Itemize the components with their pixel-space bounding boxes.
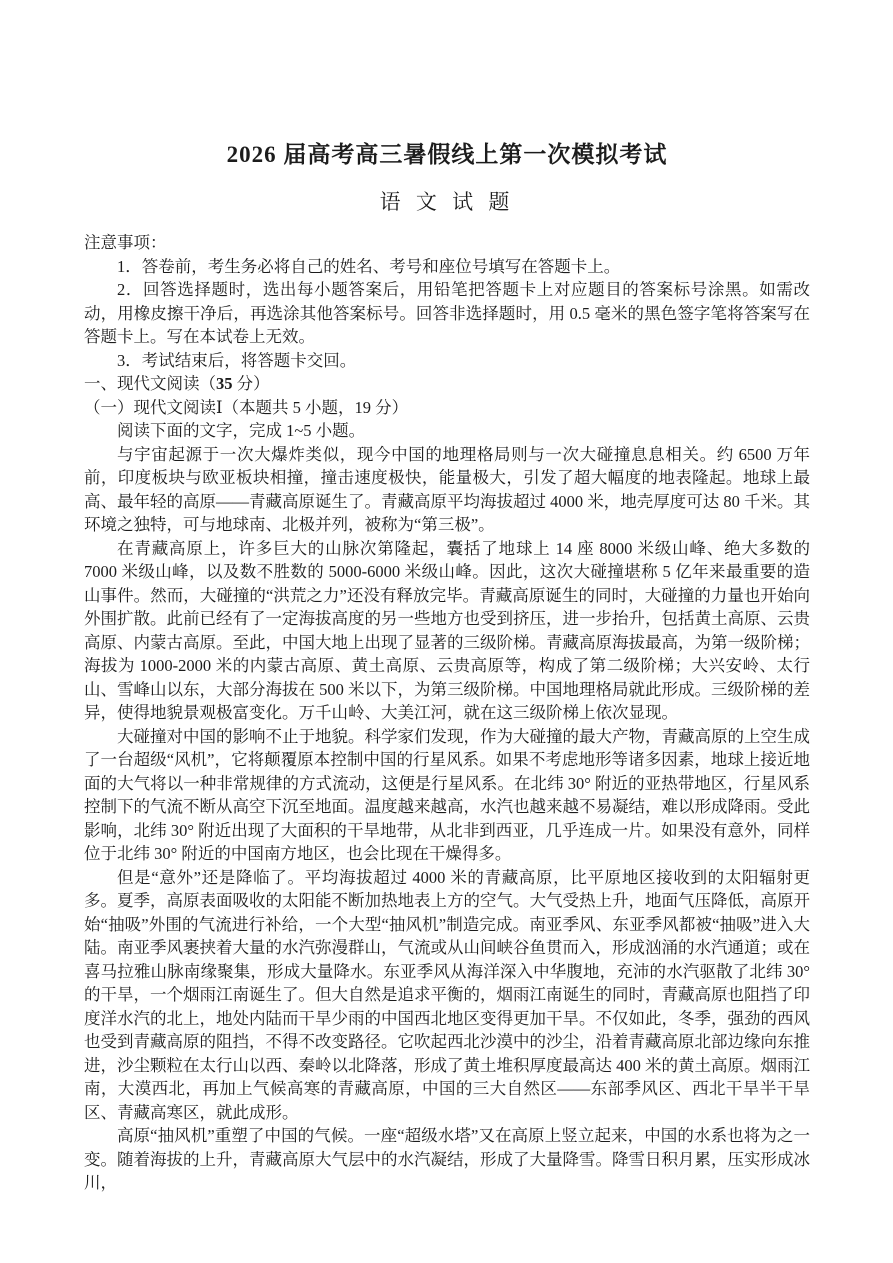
document-page: 2026 届高考高三暑假线上第一次模拟考试 语 文 试 题 注意事项： 1．答卷… (0, 0, 893, 1263)
section-heading-suffix: 分） (233, 374, 270, 393)
reading-section: 一、现代文阅读（35 分） （一）现代文阅读Ⅰ（本题共 5 小题，19 分） 阅… (84, 372, 810, 1195)
subsection-heading: （一）现代文阅读Ⅰ（本题共 5 小题，19 分） (84, 396, 810, 420)
passage-paragraph: 在青藏高原上，许多巨大的山脉次第隆起，囊括了地球上 14 座 8000 米级山峰… (84, 537, 810, 725)
page-subtitle: 语 文 试 题 (84, 189, 810, 215)
passage-paragraph: 大碰撞对中国的影响不止于地貌。科学家们发现，作为大碰撞的最大产物，青藏高原的上空… (84, 725, 810, 866)
reading-passage: 与宇宙起源于一次大爆炸类似，现今中国的地理格局则与一次大碰撞息息相关。约 650… (84, 443, 810, 1195)
notice-item: 2．回答选择题时，选出每小题答案后，用铅笔把答题卡上对应题目的答案标号涂黑。如需… (84, 278, 810, 349)
notice-item: 3．考试结束后，将答题卡交回。 (84, 349, 810, 373)
passage-paragraph: 高原“抽风机”重塑了中国的气候。一座“超级水塔”又在高原上竖立起来，中国的水系也… (84, 1124, 810, 1195)
section-score: 35 (216, 374, 233, 393)
section-heading-prefix: 一、现代文阅读（ (84, 374, 216, 393)
page-title: 2026 届高考高三暑假线上第一次模拟考试 (84, 140, 810, 170)
section-heading: 一、现代文阅读（35 分） (84, 372, 810, 396)
passage-paragraph: 与宇宙起源于一次大爆炸类似，现今中国的地理格局则与一次大碰撞息息相关。约 650… (84, 443, 810, 537)
notice-item: 1．答卷前，考生务必将自己的姓名、考号和座位号填写在答题卡上。 (84, 255, 810, 279)
passage-paragraph: 但是“意外”还是降临了。平均海拔超过 4000 米的青藏高原，比平原地区接收到的… (84, 866, 810, 1125)
reading-instruction: 阅读下面的文字，完成 1~5 小题。 (84, 419, 810, 443)
notice-heading: 注意事项： (84, 231, 810, 255)
notice-section: 注意事项： 1．答卷前，考生务必将自己的姓名、考号和座位号填写在答题卡上。 2．… (84, 231, 810, 372)
